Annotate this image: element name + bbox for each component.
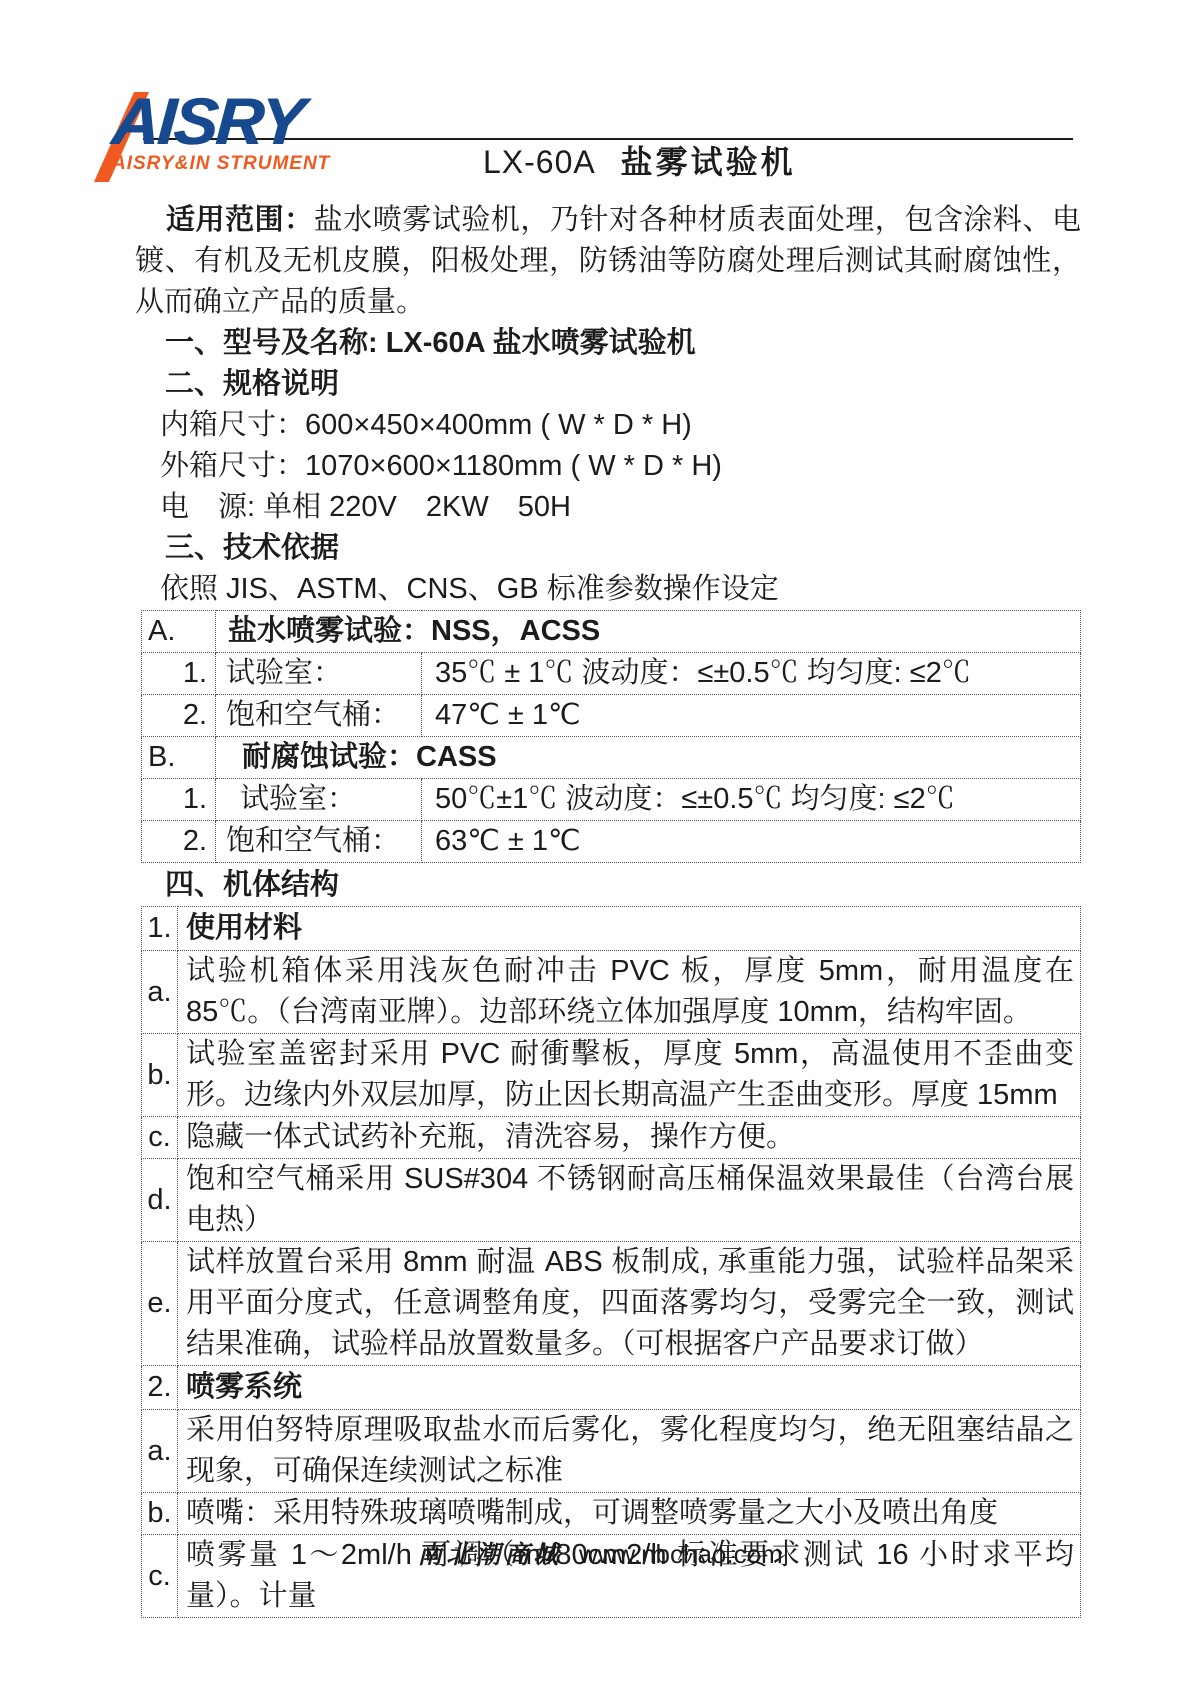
table-row: b. 喷嘴：采用特殊玻璃喷嘴制成，可调整喷雾量之大小及喷出角度 xyxy=(142,1493,1081,1535)
table-row: d. 饱和空气桶采用 SUS#304 不锈钢耐高压桶保温效果最佳（台湾台展电热） xyxy=(142,1159,1081,1242)
row-number: 2. xyxy=(142,695,216,737)
row-number: 2. xyxy=(142,1366,178,1410)
page-title-name: 盐雾试验机 xyxy=(621,144,796,180)
table-row: 2. 饱和空气桶： 47℃ ± 1℃ xyxy=(142,695,1081,737)
row-text: 采用伯努特原理吸取盐水而后雾化，雾化程度均匀，绝无阻塞结晶之现象，可确保连续测试… xyxy=(178,1410,1081,1493)
row-text: 试样放置台采用 8mm 耐温 ABS 板制成, 承重能力强，试验样品架采用平面分… xyxy=(178,1242,1081,1366)
row-label: 试验室： xyxy=(216,779,422,821)
row-number: A. xyxy=(142,611,216,653)
row-value: 47℃ ± 1℃ xyxy=(422,695,1081,737)
standards-note: 依照 JIS、ASTM、CNS、GB 标准参数操作设定 xyxy=(160,569,1081,610)
footer-site-name: 南北潮商城 xyxy=(417,1540,562,1569)
section-heading-4: 四、机体结构 xyxy=(165,865,1081,906)
row-number: B. xyxy=(142,737,216,779)
row-value: 50℃±1℃ 波动度：≤±0.5℃ 均匀度: ≤2℃ xyxy=(422,779,1081,821)
row-value: 63℃ ± 1℃ xyxy=(422,821,1081,863)
intro-label: 适用范围： xyxy=(166,204,314,236)
row-number: d. xyxy=(142,1159,178,1242)
row-number: b. xyxy=(142,1034,178,1117)
row-number: a. xyxy=(142,1410,178,1493)
row-label: 耐腐蚀试验：CASS xyxy=(216,737,1081,779)
row-text: 喷雾系统 xyxy=(178,1366,1081,1410)
row-label: 试验室： xyxy=(216,653,422,695)
spec-line-power: 电 源: 单相 220V 2KW 50H xyxy=(160,487,1081,528)
row-text: 试验机箱体采用浅灰色耐冲击 PVC 板，厚度 5mm，耐用温度在 85℃。（台湾… xyxy=(178,951,1081,1034)
row-text: 喷嘴：采用特殊玻璃喷嘴制成，可调整喷雾量之大小及喷出角度 xyxy=(178,1493,1081,1535)
table-row: 2. 饱和空气桶： 63℃ ± 1℃ xyxy=(142,821,1081,863)
table-row: 1. 试验室： 35℃ ± 1℃ 波动度：≤±0.5℃ 均匀度: ≤2℃ xyxy=(142,653,1081,695)
table-row: 1. 试验室： 50℃±1℃ 波动度：≤±0.5℃ 均匀度: ≤2℃ xyxy=(142,779,1081,821)
table-row: B. 耐腐蚀试验：CASS xyxy=(142,737,1081,779)
row-number: a. xyxy=(142,951,178,1034)
table-row: b. 试验室盖密封采用 PVC 耐衝擊板，厚度 5mm，高温使用不歪曲变形。边缘… xyxy=(142,1034,1081,1117)
logo-brand-text: AISRY xyxy=(110,90,384,152)
row-text: 隐藏一体式试药补充瓶，清洗容易，操作方便。 xyxy=(178,1117,1081,1159)
page-title: LX-60A 盐雾试验机 xyxy=(483,142,796,182)
row-text: 试验室盖密封采用 PVC 耐衝擊板，厚度 5mm，高温使用不歪曲变形。边缘内外双… xyxy=(178,1034,1081,1117)
row-number: 1. xyxy=(142,907,178,951)
row-number: e. xyxy=(142,1242,178,1366)
document-page: AISRY AISRY&IN STRUMENT LX-60A 盐雾试验机 适用范… xyxy=(0,0,1200,1697)
row-number: b. xyxy=(142,1493,178,1535)
table-row: 2. 喷雾系统 xyxy=(142,1366,1081,1410)
page-title-model: LX-60A xyxy=(483,144,596,180)
document-body: 适用范围：盐水喷雾试验机，乃针对各种材质表面处理，包含涂料、电镀、有机及无机皮膜… xyxy=(135,200,1081,1618)
table-row: a. 采用伯努特原理吸取盐水而后雾化，雾化程度均匀，绝无阻塞结晶之现象，可确保连… xyxy=(142,1410,1081,1493)
company-logo: AISRY AISRY&IN STRUMENT xyxy=(112,90,382,190)
table-row: 1. 使用材料 xyxy=(142,907,1081,951)
intro-paragraph: 适用范围：盐水喷雾试验机，乃针对各种材质表面处理，包含涂料、电镀、有机及无机皮膜… xyxy=(135,200,1081,323)
row-label: 饱和空气桶： xyxy=(216,695,422,737)
spec-line-outer-size: 外箱尺寸：1070×600×1180mm ( W * D * H) xyxy=(160,446,1081,487)
table-row: a. 试验机箱体采用浅灰色耐冲击 PVC 板，厚度 5mm，耐用温度在 85℃。… xyxy=(142,951,1081,1034)
table-row: A. 盐水喷雾试验：NSS，ACSS xyxy=(142,611,1081,653)
page-footer: 南北潮商城 www.nbchao.com xyxy=(0,1538,1200,1572)
machine-structure-table: 1. 使用材料 a. 试验机箱体采用浅灰色耐冲击 PVC 板，厚度 5mm，耐用… xyxy=(141,906,1081,1618)
section-heading-2: 二、规格说明 xyxy=(165,364,1081,405)
section-heading-3: 三、技术依据 xyxy=(165,528,1081,569)
technical-parameters-table: A. 盐水喷雾试验：NSS，ACSS 1. 试验室： 35℃ ± 1℃ 波动度：… xyxy=(141,610,1081,863)
logo-subtitle: AISRY&IN STRUMENT xyxy=(112,154,382,174)
row-number: 1. xyxy=(142,779,216,821)
row-number: 1. xyxy=(142,653,216,695)
footer-site-url: www.nbchao.com xyxy=(579,1539,783,1569)
row-label: 盐水喷雾试验：NSS，ACSS xyxy=(216,611,1081,653)
row-number: 2. xyxy=(142,821,216,863)
section-heading-1: 一、型号及名称: LX-60A 盐水喷雾试验机 xyxy=(165,323,1081,364)
row-number: c. xyxy=(142,1117,178,1159)
table-row: e. 试样放置台采用 8mm 耐温 ABS 板制成, 承重能力强，试验样品架采用… xyxy=(142,1242,1081,1366)
table-row: c. 隐藏一体式试药补充瓶，清洗容易，操作方便。 xyxy=(142,1117,1081,1159)
row-text: 使用材料 xyxy=(178,907,1081,951)
row-value: 35℃ ± 1℃ 波动度：≤±0.5℃ 均匀度: ≤2℃ xyxy=(422,653,1081,695)
row-text: 饱和空气桶采用 SUS#304 不锈钢耐高压桶保温效果最佳（台湾台展电热） xyxy=(178,1159,1081,1242)
row-label: 饱和空气桶： xyxy=(216,821,422,863)
spec-line-inner-size: 内箱尺寸：600×450×400mm ( W * D * H) xyxy=(160,405,1081,446)
